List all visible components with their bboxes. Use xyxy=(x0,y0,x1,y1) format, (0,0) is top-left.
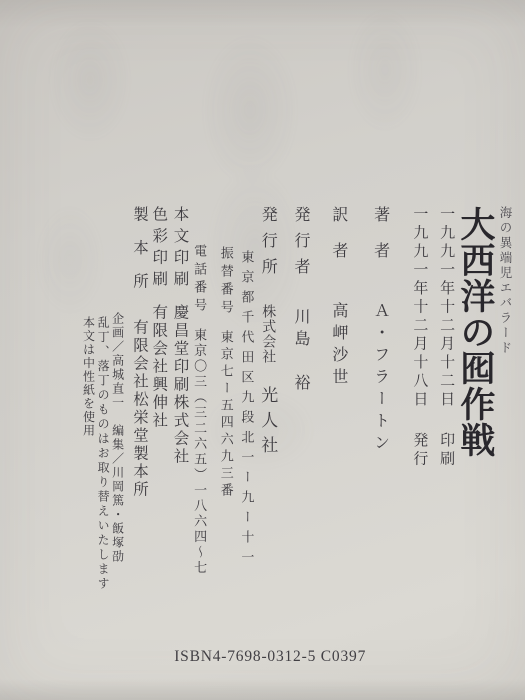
isbn-code: ISBN4-7698-0312-5 C0397 xyxy=(174,648,366,666)
text-printer-line: 本文印刷慶昌堂印刷株式会社 xyxy=(171,206,187,658)
phone-number: 東京〇三（三二六五）一八六四〜七 xyxy=(192,316,207,576)
issue-date-line: 一九九一年十二月十八日発行 xyxy=(411,206,427,658)
text-printer-label: 本文印刷 xyxy=(171,206,188,292)
issuer-line: 発行者川島 裕 xyxy=(291,206,308,658)
translator-name: 高岬沙世 xyxy=(330,278,347,390)
issuer-label: 発行者 xyxy=(292,206,309,284)
publisher-name: 光人社 xyxy=(258,364,277,461)
color-printer-name: 有限会社興伸社 xyxy=(150,292,167,430)
issuer-name: 川島 裕 xyxy=(292,284,309,396)
binder-label: 製本所 xyxy=(131,206,148,307)
text-printer-name: 慶昌堂印刷株式会社 xyxy=(171,292,188,466)
transfer-label: 振替番号 xyxy=(219,246,234,318)
author-name: Ａ・フラートン xyxy=(372,278,389,456)
author-line: 著者Ａ・フラートン xyxy=(371,206,388,658)
binder-name: 有限会社松栄堂製本所 xyxy=(131,307,148,499)
series-title: 海の異端児エバラード xyxy=(498,206,511,658)
replacement-notice: 乱丁、落丁のものはお取り替えいたします xyxy=(96,206,109,658)
binder-line: 製本所有限会社松栄堂製本所 xyxy=(131,206,147,658)
print-date-line: 一九九一年十二月十二日印刷 xyxy=(437,206,453,658)
publisher-address: 東京都千代田区九段北一ー九ー十一 xyxy=(240,206,254,658)
transfer-number: 東京七ー五四六九三番 xyxy=(219,318,234,500)
phone-line: 電話番号東京〇三（三二六五）一八六四〜七 xyxy=(192,206,206,658)
translator-label: 訳者 xyxy=(330,206,347,278)
author-label: 著者 xyxy=(372,206,389,278)
publisher-line: 発行所株式会社光人社 xyxy=(258,206,276,658)
phone-label: 電話番号 xyxy=(192,244,207,316)
paper-note: 本文は中性紙を使用 xyxy=(82,206,95,658)
transfer-line: 振替番号東京七ー五四六九三番 xyxy=(219,206,233,658)
print-label: 印刷 xyxy=(438,410,454,469)
credits-line: 企画／高城直一 編集／川岡篤・飯塚劭 xyxy=(111,206,124,658)
book-title: 大西洋の囮作戦 xyxy=(456,206,493,658)
issue-label: 発行 xyxy=(411,410,427,469)
publisher-label: 発行所 xyxy=(259,206,276,284)
translator-line: 訳者高岬沙世 xyxy=(329,206,346,658)
publisher-prefix: 株式会社 xyxy=(260,284,275,364)
color-printer-label: 色彩印刷 xyxy=(150,206,167,292)
issue-date: 一九九一年十二月十八日 xyxy=(411,206,427,410)
colophon-block: 海の異端児エバラード 大西洋の囮作戦 一九九一年十二月十二日印刷 一九九一年十二… xyxy=(82,206,511,658)
print-date: 一九九一年十二月十二日 xyxy=(438,206,454,410)
color-printer-line: 色彩印刷有限会社興伸社 xyxy=(150,206,166,658)
